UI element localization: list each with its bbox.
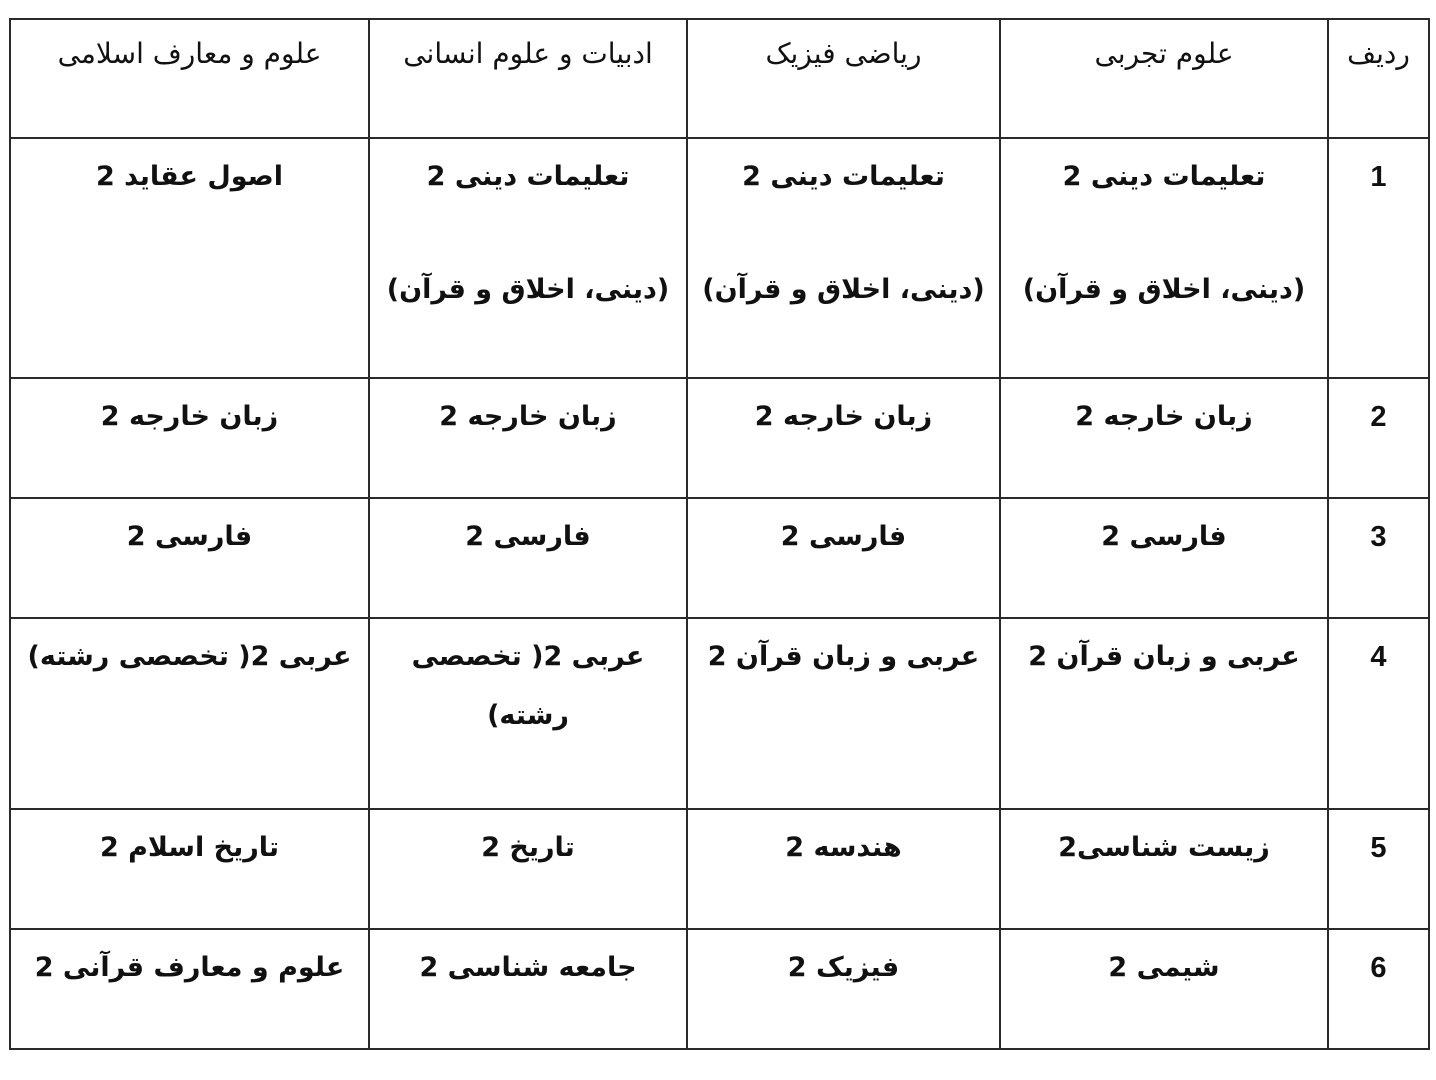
course-subtitle: (دینی، اخلاق و قرآن)	[1007, 276, 1321, 303]
course-subtitle: (دینی، اخلاق و قرآن)	[694, 276, 993, 303]
cell-tajrobi: عربی و زبان قرآن 2	[1000, 618, 1328, 809]
row-number-cell: 1	[1328, 138, 1429, 378]
course-subtitle: (دینی، اخلاق و قرآن)	[376, 276, 680, 303]
table-row: 3 فارسی 2 فارسی 2 فارسی 2 فارسی 2	[10, 498, 1429, 618]
cell-adabiat: فارسی 2	[369, 498, 687, 618]
course-name: تعلیمات دینی 2	[427, 161, 630, 192]
cell-maaref: علوم و معارف قرآنی 2	[10, 929, 369, 1049]
cell-riazi: هندسه 2	[687, 809, 1000, 929]
cell-adabiat: تعلیمات دینی 2(دینی، اخلاق و قرآن)	[369, 138, 687, 378]
course-table: ردیف علوم تجربی ریاضی فیزیک ادبیات و علو…	[9, 18, 1430, 1050]
header-tajrobi: علوم تجربی	[1000, 19, 1328, 138]
row-number-cell: 2	[1328, 378, 1429, 498]
course-name: عربی 2( تخصصی	[412, 641, 645, 672]
course-name: تعلیمات دینی 2	[742, 161, 945, 192]
cell-adabiat: جامعه شناسی 2	[369, 929, 687, 1049]
header-riazi: ریاضی فیزیک	[687, 19, 1000, 138]
table-row: 4 عربی و زبان قرآن 2 عربی و زبان قرآن 2 …	[10, 618, 1429, 809]
cell-tajrobi: شیمی 2	[1000, 929, 1328, 1049]
header-maaref: علوم و معارف اسلامی	[10, 19, 369, 138]
row-number-cell: 6	[1328, 929, 1429, 1049]
cell-adabiat: زبان خارجه 2	[369, 378, 687, 498]
cell-adabiat: تاریخ 2	[369, 809, 687, 929]
table-row: 6 شیمی 2 فیزیک 2 جامعه شناسی 2 علوم و مع…	[10, 929, 1429, 1049]
row-number-cell: 5	[1328, 809, 1429, 929]
cell-riazi: زبان خارجه 2	[687, 378, 1000, 498]
cell-maaref: زبان خارجه 2	[10, 378, 369, 498]
course-name: اصول عقاید 2	[96, 161, 283, 192]
document-page: ردیف علوم تجربی ریاضی فیزیک ادبیات و علو…	[0, 0, 1436, 1080]
row-number-cell: 3	[1328, 498, 1429, 618]
cell-tajrobi: فارسی 2	[1000, 498, 1328, 618]
table-row: 5 زیست شناسی2 هندسه 2 تاریخ 2 تاریخ اسلا…	[10, 809, 1429, 929]
cell-riazi: عربی و زبان قرآن 2	[687, 618, 1000, 809]
cell-tajrobi: زبان خارجه 2	[1000, 378, 1328, 498]
cell-adabiat: عربی 2( تخصصیرشته)	[369, 618, 687, 809]
course-name-continued: رشته)	[376, 702, 680, 729]
cell-tajrobi: تعلیمات دینی 2(دینی، اخلاق و قرآن)	[1000, 138, 1328, 378]
cell-tajrobi: زیست شناسی2	[1000, 809, 1328, 929]
cell-maaref: تاریخ اسلام 2	[10, 809, 369, 929]
table-row: 2 زبان خارجه 2 زبان خارجه 2 زبان خارجه 2…	[10, 378, 1429, 498]
table-row: 1 تعلیمات دینی 2(دینی، اخلاق و قرآن) تعل…	[10, 138, 1429, 378]
cell-maaref: فارسی 2	[10, 498, 369, 618]
cell-riazi: فارسی 2	[687, 498, 1000, 618]
header-row-number: ردیف	[1328, 19, 1429, 138]
row-number-cell: 4	[1328, 618, 1429, 809]
cell-maaref: عربی 2( تخصصی رشته)	[10, 618, 369, 809]
course-name: تعلیمات دینی 2	[1063, 161, 1266, 192]
cell-riazi: تعلیمات دینی 2(دینی، اخلاق و قرآن)	[687, 138, 1000, 378]
cell-riazi: فیزیک 2	[687, 929, 1000, 1049]
header-adabiat: ادبیات و علوم انسانی	[369, 19, 687, 138]
table-header-row: ردیف علوم تجربی ریاضی فیزیک ادبیات و علو…	[10, 19, 1429, 138]
cell-maaref: اصول عقاید 2	[10, 138, 369, 378]
